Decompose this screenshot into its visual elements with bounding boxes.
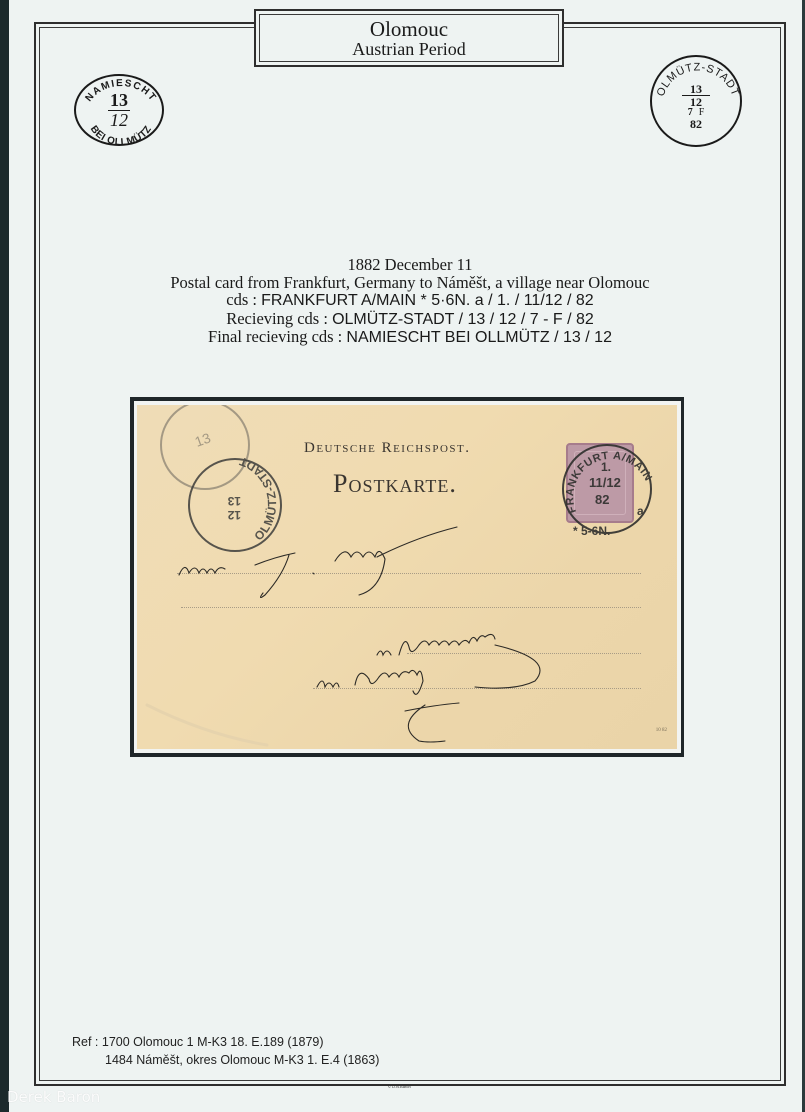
description-cds: cds : FRANKFURT A/MAIN * 5·6N. a / 1. / … [60, 291, 760, 310]
svg-text:82: 82 [595, 492, 609, 507]
svg-text:13: 13 [193, 429, 213, 449]
postmark-frankfurt: FRANKFURT A/MAIN 1. 11/12 82 a * 5-6N. [563, 445, 654, 538]
copyright-note: © D.N.Baron [388, 1084, 411, 1089]
svg-text:1.: 1. [601, 460, 611, 474]
reference-2: 1484 Náměšt, okres Olomouc M-K3 1. E.4 (… [72, 1051, 379, 1069]
page-subtitle: Austrian Period [352, 40, 465, 59]
description: 1882 December 11 Postal card from Frankf… [60, 256, 760, 347]
svg-text:12: 12 [227, 508, 241, 522]
description-final-cds: Final recieving cds : NAMIESCHT BEI OLLM… [60, 328, 760, 347]
page-title: Olomouc [370, 18, 448, 40]
description-summary: Postal card from Frankfurt, Germany to N… [60, 274, 760, 292]
svg-text:a: a [637, 504, 644, 518]
scan-edge-left [0, 0, 9, 1112]
postmark-olmutz-stadt: OLMÜTZ-STADT 13 12 7F 82 [650, 55, 742, 147]
postcard: Deutsche Reichspost. Postkarte. 13 [137, 405, 677, 749]
title-box: Olomouc Austrian Period [254, 9, 564, 67]
postcard-mount: Deutsche Reichspost. Postkarte. 13 [130, 397, 684, 757]
reference-1: Ref : 1700 Olomouc 1 M-K3 18. E.189 (187… [72, 1033, 379, 1051]
description-receiving-cds: Recieving cds : OLMÜTZ-STADT / 13 / 12 /… [60, 310, 760, 329]
svg-text:* 5-6N.: * 5-6N. [573, 524, 610, 538]
svg-text:11/12: 11/12 [589, 475, 621, 490]
svg-text:13: 13 [227, 494, 241, 508]
postmark-date: 13 12 [108, 91, 130, 129]
postmark-namiescht: NAMIESCHT BEI OLLMÜTZ 13 12 [74, 74, 164, 146]
references: Ref : 1700 Olomouc 1 M-K3 18. E.189 (187… [72, 1033, 379, 1069]
postmark-date: 13 12 7F 82 [682, 83, 711, 130]
postcard-overlays: 13 OLMÜTZ-STADT 13 12 FRANKFURT A/MAIN [137, 405, 677, 749]
printer-note: 10 82 [656, 728, 667, 733]
watermark: Derek Baron [7, 1088, 100, 1106]
postmark-namiescht-faded: 13 [161, 405, 249, 489]
postmark-olmutz-on-card: OLMÜTZ-STADT 13 12 [189, 454, 281, 551]
handwritten-address [147, 527, 540, 745]
description-date: 1882 December 11 [60, 256, 760, 274]
